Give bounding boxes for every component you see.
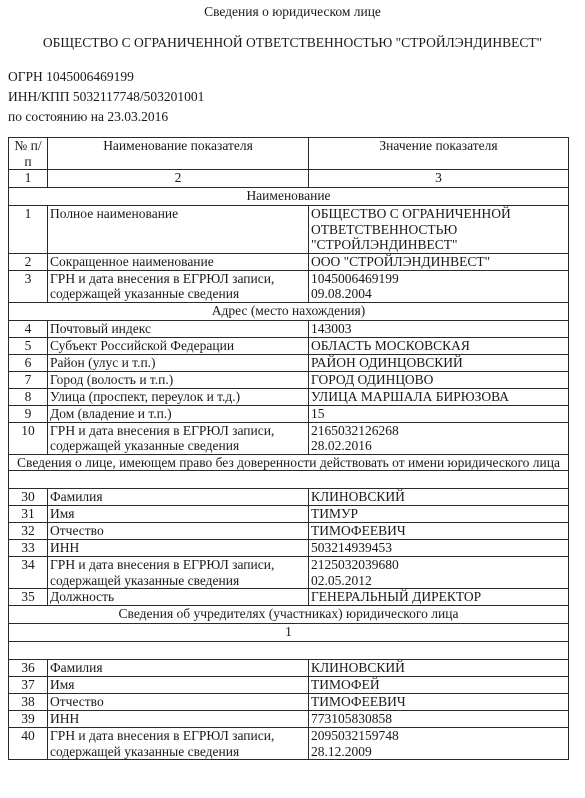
value-line: КЛИНОВСКИЙ [311,660,566,676]
header-value: Значение показателя [309,138,569,170]
section-name-title: Наименование [9,188,569,206]
empty-cell [9,642,569,660]
row-value: ОБЩЕСТВО С ОГРАНИЧЕННОЙОТВЕТСТВЕННОСТЬЮ"… [309,206,569,254]
value-line: 28.12.2009 [311,744,566,760]
value-line: ОБЛАСТЬ МОСКОВСКАЯ [311,338,566,354]
value-line: 28.02.2016 [311,438,566,454]
header-numbers-row: 1 2 3 [9,170,569,188]
document-title: Сведения о юридическом лице [0,4,585,20]
row-number: 7 [9,371,48,388]
row-label: Район (улус и т.п.) [48,354,309,371]
row-label: Имя [48,506,309,523]
row-value: 503214939453 [309,540,569,557]
row-value: ТИМОФЕЕВИЧ [309,694,569,711]
row-label: Сокращенное наименование [48,253,309,270]
row-value: 15 [309,405,569,422]
row-value: ТИМУР [309,506,569,523]
row-value: УЛИЦА МАРШАЛА БИРЮЗОВА [309,388,569,405]
value-line: ГЕНЕРАЛЬНЫЙ ДИРЕКТОР [311,589,566,605]
row-label: ИНН [48,711,309,728]
value-line: РАЙОН ОДИНЦОВСКИЙ [311,355,566,371]
table-row: 36ФамилияКЛИНОВСКИЙ [9,660,569,677]
row-label: Дом (владение и т.п.) [48,405,309,422]
value-line: 09.08.2004 [311,286,566,302]
company-meta: ОГРН 1045006469199 ИНН/КПП 5032117748/50… [8,67,204,127]
row-number: 36 [9,660,48,677]
row-number: 30 [9,489,48,506]
row-label: ГРН и дата внесения в ЕГРЮЛ записи, соде… [48,422,309,454]
section-founders-title: Сведения об учредителях (участниках) юри… [9,606,569,624]
row-number: 39 [9,711,48,728]
row-value: 212503203968002.05.2012 [309,557,569,589]
row-label: ГРН и дата внесения в ЕГРЮЛ записи, соде… [48,557,309,589]
header-col-number: 2 [48,170,309,188]
table-row: 7Город (волость и т.п.)ГОРОД ОДИНЦОВО [9,371,569,388]
table-row: 39ИНН773105830858 [9,711,569,728]
table-row: 5Субъект Российской ФедерацииОБЛАСТЬ МОС… [9,337,569,354]
row-number: 34 [9,557,48,589]
row-label: Должность [48,589,309,606]
value-line: ТИМОФЕЕВИЧ [311,523,566,539]
header-indicator: Наименование показателя [48,138,309,170]
value-line: КЛИНОВСКИЙ [311,489,566,505]
row-label: Имя [48,677,309,694]
row-label: Почтовый индекс [48,320,309,337]
table-row: 10ГРН и дата внесения в ЕГРЮЛ записи, со… [9,422,569,454]
table-row: 1Полное наименованиеОБЩЕСТВО С ОГРАНИЧЕН… [9,206,569,254]
row-number: 38 [9,694,48,711]
row-label: Субъект Российской Федерации [48,337,309,354]
header-row: № п/п Наименование показателя Значение п… [9,138,569,170]
row-number: 1 [9,206,48,254]
header-col-number: 1 [9,170,48,188]
value-line: 1045006469199 [311,271,566,287]
value-line: 143003 [311,321,566,337]
row-number: 10 [9,422,48,454]
value-line: 02.05.2012 [311,573,566,589]
row-number: 35 [9,589,48,606]
row-label: Отчество [48,694,309,711]
value-line: ГОРОД ОДИНЦОВО [311,372,566,388]
table-row: 4Почтовый индекс143003 [9,320,569,337]
empty-row [9,471,569,489]
table-row: 38ОтчествоТИМОФЕЕВИЧ [9,694,569,711]
header-col-number: 3 [309,170,569,188]
section-director-title: Сведения о лице, имеющем право без довер… [9,454,569,471]
value-line: ОБЩЕСТВО С ОГРАНИЧЕННОЙ [311,206,566,222]
row-number: 6 [9,354,48,371]
header-number: № п/п [9,138,48,170]
value-line: ТИМОФЕЕВИЧ [311,694,566,710]
row-value: 209503215974828.12.2009 [309,728,569,760]
row-label: Фамилия [48,489,309,506]
row-value: КЛИНОВСКИЙ [309,660,569,677]
row-value: КЛИНОВСКИЙ [309,489,569,506]
section-director: Сведения о лице, имеющем право без довер… [9,454,569,471]
empty-cell [9,471,569,489]
value-line: 2095032159748 [311,728,566,744]
row-label: Полное наименование [48,206,309,254]
row-label: Отчество [48,523,309,540]
row-number: 5 [9,337,48,354]
table-row: 9Дом (владение и т.п.)15 [9,405,569,422]
ogrn: ОГРН 1045006469199 [8,67,204,87]
row-label: Фамилия [48,660,309,677]
table-row: 34ГРН и дата внесения в ЕГРЮЛ записи, со… [9,557,569,589]
row-label: Улица (проспект, переулок и т.д.) [48,388,309,405]
as-of-date: по состоянию на 23.03.2016 [8,107,204,127]
table-row: 6Район (улус и т.п.)РАЙОН ОДИНЦОВСКИЙ [9,354,569,371]
table-row: 32ОтчествоТИМОФЕЕВИЧ [9,523,569,540]
row-value: ООО "СТРОЙЛЭНДИНВЕСТ" [309,253,569,270]
row-label: Город (волость и т.п.) [48,371,309,388]
table-row: 3ГРН и дата внесения в ЕГРЮЛ записи, сод… [9,270,569,302]
row-number: 37 [9,677,48,694]
table-row: 37ИмяТИМОФЕЙ [9,677,569,694]
value-line: 2165032126268 [311,423,566,439]
row-value: РАЙОН ОДИНЦОВСКИЙ [309,354,569,371]
row-number: 4 [9,320,48,337]
value-line: УЛИЦА МАРШАЛА БИРЮЗОВА [311,389,566,405]
row-value: ГЕНЕРАЛЬНЫЙ ДИРЕКТОР [309,589,569,606]
value-line: ТИМУР [311,506,566,522]
founder-index: 1 [9,624,569,642]
row-number: 9 [9,405,48,422]
table-row: 33ИНН503214939453 [9,540,569,557]
value-line: "СТРОЙЛЭНДИНВЕСТ" [311,237,566,253]
section-founders: Сведения об учредителях (участниках) юри… [9,606,569,624]
table-row: 2Сокращенное наименованиеООО "СТРОЙЛЭНДИ… [9,253,569,270]
egrul-table: № п/п Наименование показателя Значение п… [8,137,569,760]
section-address-title: Адрес (место нахождения) [9,302,569,320]
value-line: ТИМОФЕЙ [311,677,566,693]
row-number: 33 [9,540,48,557]
table-row: 35ДолжностьГЕНЕРАЛЬНЫЙ ДИРЕКТОР [9,589,569,606]
row-label: ГРН и дата внесения в ЕГРЮЛ записи, соде… [48,270,309,302]
row-number: 40 [9,728,48,760]
row-label: ИНН [48,540,309,557]
row-value: ТИМОФЕЙ [309,677,569,694]
value-line: 773105830858 [311,711,566,727]
table-row: 31ИмяТИМУР [9,506,569,523]
section-address: Адрес (место нахождения) [9,302,569,320]
row-number: 32 [9,523,48,540]
value-line: 2125032039680 [311,557,566,573]
company-name: ОБЩЕСТВО С ОГРАНИЧЕННОЙ ОТВЕТСТВЕННОСТЬЮ… [0,35,585,51]
row-value: ГОРОД ОДИНЦОВО [309,371,569,388]
row-value: 216503212626828.02.2016 [309,422,569,454]
table-row: 30ФамилияКЛИНОВСКИЙ [9,489,569,506]
row-value: ТИМОФЕЕВИЧ [309,523,569,540]
section-name: Наименование [9,188,569,206]
value-line: ООО "СТРОЙЛЭНДИНВЕСТ" [311,254,566,270]
inn-kpp: ИНН/КПП 5032117748/503201001 [8,87,204,107]
row-label: ГРН и дата внесения в ЕГРЮЛ записи, соде… [48,728,309,760]
row-value: 773105830858 [309,711,569,728]
row-number: 8 [9,388,48,405]
row-number: 2 [9,253,48,270]
table-row: 40ГРН и дата внесения в ЕГРЮЛ записи, со… [9,728,569,760]
row-number: 3 [9,270,48,302]
row-value: 143003 [309,320,569,337]
row-value: ОБЛАСТЬ МОСКОВСКАЯ [309,337,569,354]
founder-index-title: 1 [9,624,569,642]
table-row: 8Улица (проспект, переулок и т.д.)УЛИЦА … [9,388,569,405]
row-number: 31 [9,506,48,523]
value-line: ОТВЕТСТВЕННОСТЬЮ [311,222,566,238]
row-value: 104500646919909.08.2004 [309,270,569,302]
value-line: 15 [311,406,566,422]
value-line: 503214939453 [311,540,566,556]
empty-row [9,642,569,660]
